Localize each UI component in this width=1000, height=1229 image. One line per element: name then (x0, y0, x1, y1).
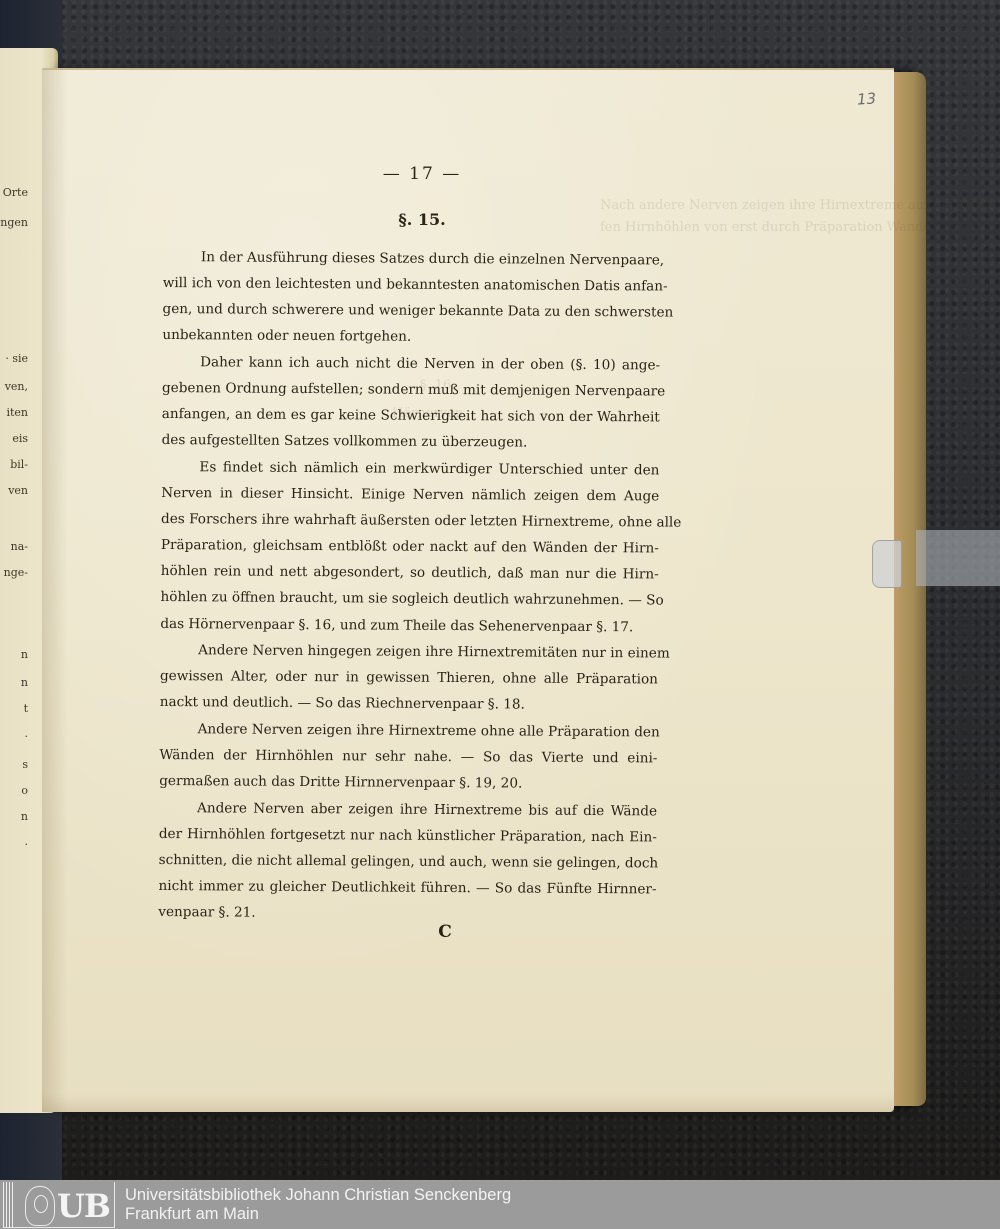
pencil-folio-number: 13 (856, 89, 876, 108)
page-number: — 17 — (367, 164, 477, 184)
facing-page-fragment: · sie (0, 352, 28, 365)
signature-mark: C (430, 922, 460, 942)
facing-page-fragment: iten (0, 406, 28, 419)
text-line: unbekannten oder neuen fortgehen. (162, 322, 660, 352)
facing-page-fragment: · (0, 838, 28, 851)
logo-bars-icon (3, 1182, 15, 1228)
show-through-line: fen Hirnhöhlen von erst durch Präparatio… (600, 220, 948, 235)
text-line: nackt und deutlich. — So das Riechnerven… (160, 689, 658, 719)
text-line: gewissen Alter, oder nur in gewissen Thi… (160, 663, 658, 693)
facing-page-fragment: · (0, 730, 28, 743)
text-line: höhlen zu öffnen braucht, um sie sogleic… (160, 584, 658, 614)
facing-page-fragment: n (0, 810, 28, 823)
book-page: Nach andere Nerven zeigen ihre Hirnextre… (42, 68, 894, 1112)
portrait-icon (25, 1186, 55, 1226)
text-line: der Hirnhöhlen fortgesetzt nur nach küns… (159, 821, 657, 851)
institution-line-1: Universitätsbibliothek Johann Christian … (125, 1186, 511, 1205)
paragraph: Daher kann ich auch nicht die Nerven in … (162, 349, 661, 457)
text-line: Wänden der Hirnhöhlen nur sehr nahe. — S… (159, 742, 657, 772)
library-footer: UB Universitätsbibliothek Johann Christi… (0, 1180, 1000, 1229)
section-heading: §. 15. (382, 210, 462, 229)
show-through-line: Nach andere Nerven zeigen ihre Hirnextre… (600, 198, 996, 213)
text-line: gebenen Ordnung aufstellen; sondern muß … (162, 375, 660, 405)
facing-page-fragment: Orte (0, 186, 28, 199)
facing-page-fragment: ven, (0, 380, 28, 393)
text-line: will ich von den leichtesten und bekannt… (163, 270, 661, 300)
text-line: Es findet sich nämlich ein merkwürdiger … (161, 454, 659, 484)
page-clip (872, 530, 1000, 588)
page-bottom-shade (42, 1094, 894, 1112)
facing-page-fragment: na- (0, 540, 28, 553)
facing-page-fragment: bil- (0, 458, 28, 471)
facing-page-fragment: n (0, 648, 28, 661)
text-line: germaßen auch das Dritte Hirnnervenpaar … (159, 768, 657, 798)
facing-page-fragment: t (0, 702, 28, 715)
text-line: schnitten, die nicht allemal gelingen, u… (159, 847, 657, 877)
text-line: anfangen, an dem es gar keine Schwierigk… (162, 401, 660, 431)
text-line: Nerven in dieser Hinsicht. Einige Nerven… (161, 480, 659, 510)
text-line: Andere Nerven hingegen zeigen ihre Hirne… (160, 637, 658, 667)
text-line: gen, und durch schwerere und weniger bek… (162, 296, 660, 326)
paragraph: In der Ausführung dieses Satzes durch di… (162, 244, 661, 352)
facing-page-fragment: ven (0, 484, 28, 497)
text-line: Daher kann ich auch nicht die Nerven in … (162, 349, 660, 379)
clip-tab (872, 540, 902, 588)
text-line: Andere Nerven zeigen ihre Hirnextreme oh… (160, 716, 658, 746)
paragraph: Andere Nerven aber zeigen ihre Hirnextre… (158, 795, 657, 929)
text-line: venpaar §. 21. (158, 899, 656, 929)
institution-line-2: Frankfurt am Main (125, 1205, 511, 1224)
body-text: In der Ausführung dieses Satzes durch di… (158, 244, 661, 929)
paragraph: Es findet sich nämlich ein merkwürdiger … (160, 454, 659, 640)
clip-strip (916, 530, 1000, 586)
text-line: höhlen rein und nett abgesondert, so deu… (161, 558, 659, 588)
facing-page-fragment: ngen (0, 216, 28, 229)
text-line: das Hörnervenpaar §. 16, und zum Theile … (160, 610, 658, 640)
paragraph: Andere Nerven hingegen zeigen ihre Hirne… (160, 637, 659, 719)
text-line: nicht immer zu gleicher Deutlichkeit füh… (158, 873, 656, 903)
ub-logo: UB (3, 1182, 115, 1228)
text-line: Präparation, gleichsam entblößt oder nac… (161, 532, 659, 562)
text-line: Andere Nerven aber zeigen ihre Hirnextre… (159, 795, 657, 825)
text-line: des aufgestellten Satzes vollkommen zu ü… (162, 427, 660, 457)
facing-page-fragment: o (0, 784, 28, 797)
facing-page-fragment: eis (0, 432, 28, 445)
text-line: In der Ausführung dieses Satzes durch di… (163, 244, 661, 274)
text-line: des Forschers ihre wahrhaft äußersten od… (161, 506, 659, 536)
logo-text: UB (57, 1187, 110, 1225)
institution-name: Universitätsbibliothek Johann Christian … (125, 1186, 511, 1224)
facing-page-fragment: n (0, 676, 28, 689)
facing-page-fragment: nge- (0, 566, 28, 579)
gutter-shadow (42, 70, 68, 1112)
facing-page-fragment: s (0, 758, 28, 771)
paragraph: Andere Nerven zeigen ihre Hirnextreme oh… (159, 716, 658, 798)
